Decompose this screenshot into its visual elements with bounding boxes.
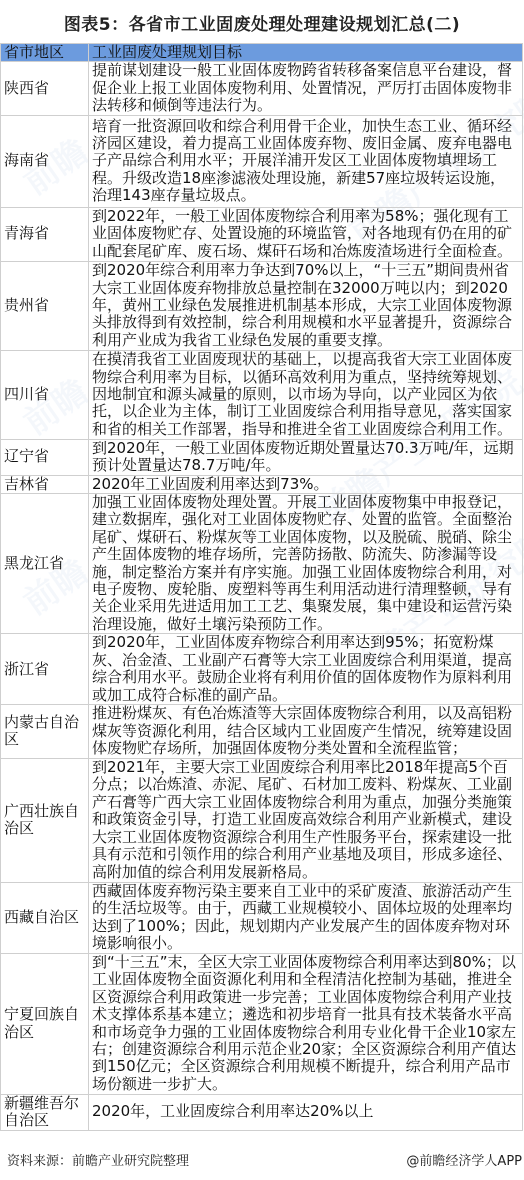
page-title: 图表5：各省市工业固废处理处理建设规划汇总(二) [0, 10, 524, 35]
credit-label: @前瞻经济学人APP [406, 1150, 522, 1169]
table-header-row: 省市地区 工业固废处理规划目标 [1, 44, 523, 62]
target-cell: 西藏固体废弃物污染主要来自工业中的采矿废渣、旅游活动产生的生活垃圾等。由于，西藏… [89, 882, 523, 953]
planning-table: 省市地区 工业固废处理规划目标 陕西省 提前谋划建设一般工业固体废物跨省转移备案… [0, 43, 523, 1131]
table-row: 新疆维吾尔自治区 2020年，工业固废综合利用率达20%以上 [1, 1094, 523, 1130]
target-cell: 到“十三五”末，全区大宗工业固体废物综合利用率达到80%；以工业固体废物全面资源… [89, 953, 523, 1094]
region-cell: 海南省 [1, 115, 89, 207]
region-cell: 内蒙古自治区 [1, 705, 89, 758]
target-cell: 到2020年，一般工业固体废物近期处置量达70.3万吨/年，远期预计处置量达78… [89, 439, 523, 475]
region-cell: 广西壮族自治区 [1, 758, 89, 882]
column-header-target: 工业固废处理规划目标 [89, 44, 523, 62]
table-row: 海南省 培育一批资源回收和综合利用骨干企业，加快生态工业、循环经济园区建设，着力… [1, 115, 523, 207]
target-cell: 加强工业固体废物处理处置。开展工业固体废物集中申报登记，建立数据库，强化对工业固… [89, 494, 523, 634]
region-cell: 宁夏回族自治区 [1, 953, 89, 1094]
region-cell: 吉林省 [1, 475, 89, 493]
column-header-region: 省市地区 [1, 44, 89, 62]
target-cell: 培育一批资源回收和综合利用骨干企业，加快生态工业、循环经济园区建设，着力提高工业… [89, 115, 523, 207]
table-row: 贵州省 到2020年综合利用率力争达到70%以上，“十三五”期间贵州省大宗工业固… [1, 261, 523, 350]
region-cell: 西藏自治区 [1, 882, 89, 953]
table-row: 辽宁省 到2020年，一般工业固体废物近期处置量达70.3万吨/年，远期预计处置… [1, 439, 523, 475]
source-note: 资料来源：前瞻产业研究院整理 [7, 1150, 189, 1169]
table-row: 黑龙江省 加强工业固体废物处理处置。开展工业固体废物集中申报登记，建立数据库，强… [1, 494, 523, 634]
target-cell: 到2021年，主要大宗工业固废综合利用率比2018年提高5个百分点；以冶炼渣、赤… [89, 758, 523, 882]
region-cell: 黑龙江省 [1, 494, 89, 634]
table-row: 吉林省 2020年工业固废利用率达到73%。 [1, 475, 523, 493]
region-cell: 四川省 [1, 350, 89, 439]
target-cell: 到2020年综合利用率力争达到70%以上，“十三五”期间贵州省大宗工业固体废弃物… [89, 261, 523, 350]
target-cell: 2020年，工业固废综合利用率达20%以上 [89, 1094, 523, 1130]
table-row: 西藏自治区 西藏固体废弃物污染主要来自工业中的采矿废渣、旅游活动产生的生活垃圾等… [1, 882, 523, 953]
table-row: 内蒙古自治区 推进粉煤灰、有色冶炼渣等大宗固体废物综合利用，以及高铝粉煤灰等资源… [1, 705, 523, 758]
region-cell: 浙江省 [1, 634, 89, 705]
region-cell: 青海省 [1, 207, 89, 261]
table-row: 四川省 在摸清我省工业固废现状的基础上，以提高我省大宗工业固体废物综合利用率为目… [1, 350, 523, 439]
table-row: 青海省 到2022年，一般工业固体废物综合利用率为58%；强化现有工业固体废物贮… [1, 207, 523, 261]
region-cell: 陕西省 [1, 62, 89, 115]
region-cell: 贵州省 [1, 261, 89, 350]
table-row: 陕西省 提前谋划建设一般工业固体废物跨省转移备案信息平台建设，督促企业上报工业固… [1, 62, 523, 115]
region-cell: 新疆维吾尔自治区 [1, 1094, 89, 1130]
target-cell: 提前谋划建设一般工业固体废物跨省转移备案信息平台建设，督促企业上报工业固体废物利… [89, 62, 523, 115]
region-cell: 辽宁省 [1, 439, 89, 475]
table-row: 广西壮族自治区 到2021年，主要大宗工业固废综合利用率比2018年提高5个百分… [1, 758, 523, 882]
target-cell: 到2020年，工业固体废弃物综合利用率达到95%；拓宽粉煤灰、冶金渣、工业副产石… [89, 634, 523, 705]
target-cell: 推进粉煤灰、有色冶炼渣等大宗固体废物综合利用，以及高铝粉煤灰等资源化利用，结合区… [89, 705, 523, 758]
target-cell: 到2022年，一般工业固体废物综合利用率为58%；强化现有工业固体废物贮存、处置… [89, 207, 523, 261]
table-row: 宁夏回族自治区 到“十三五”末，全区大宗工业固体废物综合利用率达到80%；以工业… [1, 953, 523, 1094]
table-row: 浙江省 到2020年，工业固体废弃物综合利用率达到95%；拓宽粉煤灰、冶金渣、工… [1, 634, 523, 705]
target-cell: 2020年工业固废利用率达到73%。 [89, 475, 523, 493]
target-cell: 在摸清我省工业固废现状的基础上，以提高我省大宗工业固体废物综合利用率为目标，以循… [89, 350, 523, 439]
